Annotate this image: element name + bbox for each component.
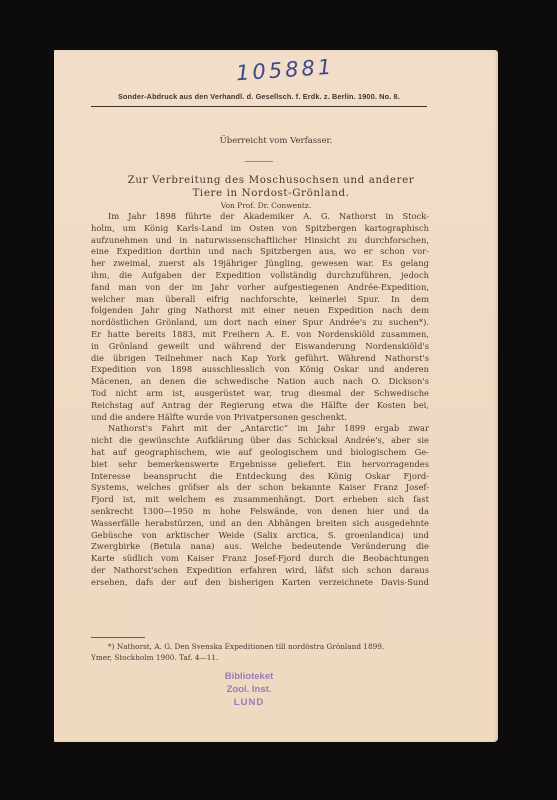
stamp-line-1: Biblioteket bbox=[214, 670, 284, 683]
body-line: Interesse beansprucht die Entdeckung des… bbox=[91, 471, 429, 483]
article-author: Von Prof. Dr. Conwentz. bbox=[54, 201, 478, 210]
document-page: 105881 Sonder-Abdruck aus den Verhandl. … bbox=[54, 50, 498, 742]
section-divider bbox=[245, 161, 273, 162]
body-line: Im Jahr 1898 führte der Akademiker A. G.… bbox=[91, 211, 429, 223]
stamp-line-2: Zool. Inst. bbox=[214, 683, 284, 696]
body-line: Zwergbirke (Betula nana) aus. Welche bed… bbox=[91, 541, 429, 553]
body-line: die übrigen Teilnehmer nach Kap York gef… bbox=[91, 353, 429, 365]
title-line-2: Tiere in Nordost-Grönland. bbox=[54, 187, 488, 200]
body-line: holm, um König Karls-Land im Osten von S… bbox=[91, 223, 429, 235]
body-line: Karte südlich vom Kaiser Franz Josef-Fjo… bbox=[91, 553, 429, 565]
article-body: Im Jahr 1898 führte der Akademiker A. G.… bbox=[91, 211, 429, 589]
body-line: nicht die gewünschte Aufklärung über das… bbox=[91, 435, 429, 447]
body-line: nordöstlichen Grönland, um dort nach ein… bbox=[91, 317, 429, 329]
body-line: und die andere Hälfte wurde von Privatpe… bbox=[91, 412, 429, 424]
body-line: eine Expedition dorthin und nach Spitzbe… bbox=[91, 246, 429, 258]
header-rule bbox=[91, 106, 427, 107]
stamp-line-3: LUND bbox=[214, 696, 284, 709]
body-line: folgenden Jahr ging Nathorst mit einer n… bbox=[91, 305, 429, 317]
handwritten-catalog-number: 105881 bbox=[235, 55, 335, 86]
body-line: Nathorst's Fahrt mit der „Antarctic“ im … bbox=[91, 423, 429, 435]
body-line: welcher man überall eifrig nachforschte,… bbox=[91, 294, 429, 306]
library-stamp: Biblioteket Zool. Inst. LUND bbox=[214, 670, 284, 709]
body-line: aufzunehmen und in naturwissenschaftlich… bbox=[91, 235, 429, 247]
body-line: der Nathorst'schen Expedition erfahren w… bbox=[91, 565, 429, 577]
body-line: Fjord ist, mit welchem es zusammenhängt.… bbox=[91, 494, 429, 506]
body-line: Mäcenen, an denen die schwedische Nation… bbox=[91, 376, 429, 388]
presented-by-author-note: Überreicht vom Verfasser. bbox=[54, 136, 498, 146]
footnote-line-2: Ymer, Stockholm 1900. Taf. 4—11. bbox=[91, 652, 431, 663]
body-line: ersehen, dafs der auf den bisherigen Kar… bbox=[91, 577, 429, 589]
title-line-1: Zur Verbreitung des Moschusochsen und an… bbox=[54, 174, 488, 187]
body-line: Wasserfälle herabstürzen, und an den Abh… bbox=[91, 518, 429, 530]
body-line: her zweimal, zuerst als 19jähriger Jüngl… bbox=[91, 258, 429, 270]
article-title: Zur Verbreitung des Moschusochsen und an… bbox=[54, 174, 488, 200]
body-line: in Grönland geweilt und während der Eisw… bbox=[91, 341, 429, 353]
body-line: biet sehr bemerkenswerte Ergebnisse geli… bbox=[91, 459, 429, 471]
footnote: *) Nathorst, A. G. Den Svenska Expeditio… bbox=[91, 641, 431, 663]
body-line: ihm, die Aufgaben der Expedition vollstä… bbox=[91, 270, 429, 282]
footnote-rule bbox=[91, 637, 145, 638]
body-line: Reichstag auf Antrag der Regierung etwa … bbox=[91, 400, 429, 412]
body-line: senkrecht 1300—1950 m hohe Felswände, vo… bbox=[91, 506, 429, 518]
offprint-header: Sonder-Abdruck aus den Verhandl. d. Gese… bbox=[91, 92, 427, 101]
body-line: Er hatte bereits 1883, mit Freihern A. E… bbox=[91, 329, 429, 341]
body-line: Expedition von 1898 ausschliesslich von … bbox=[91, 364, 429, 376]
body-line: Tod nicht arm ist, ausgerüstet war, trug… bbox=[91, 388, 429, 400]
body-line: Systems, welches gröfser als der schon b… bbox=[91, 482, 429, 494]
footnote-line-1: *) Nathorst, A. G. Den Svenska Expeditio… bbox=[91, 641, 431, 652]
body-line: Gebüsche von arktischer Weide (Salix arc… bbox=[91, 530, 429, 542]
body-line: fand man von der im Jahr vorher aufgesti… bbox=[91, 282, 429, 294]
body-line: hat auf geographischem, wie auf geologis… bbox=[91, 447, 429, 459]
